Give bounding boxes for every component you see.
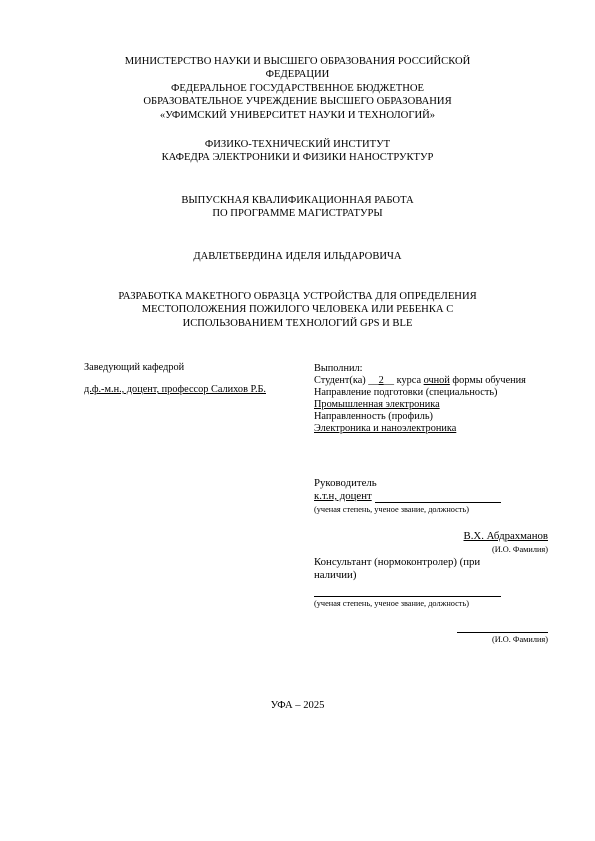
city-year: УФА – 2025 [0,699,595,712]
consultant-label-line2: наличии) [314,569,356,581]
head-of-department-name: д.ф.-м.н., доцент, профессор Салихов Р.Б… [84,384,266,396]
supervisor-degree-line [375,502,501,503]
direction-label: Направление подготовки (специальность) [314,387,497,399]
consultant-degree-line [314,596,501,597]
work-type-line: ВЫПУСКНАЯ КВАЛИФИКАЦИОННАЯ РАБОТА [0,194,595,207]
consultant-name-line [457,632,548,633]
institute-line: ФИЗИКО-ТЕХНИЧЕСКИЙ ИНСТИТУТ [0,138,595,151]
head-of-department-label: Заведующий кафедрой [84,362,184,374]
performed-label: Выполнил: [314,363,362,375]
department-line: КАФЕДРА ЭЛЕКТРОНИКИ И ФИЗИКИ НАНОСТРУКТУ… [0,151,595,164]
header-line: ФЕДЕРАЛЬНОЕ ГОСУДАРСТВЕННОЕ БЮДЖЕТНОЕ [0,82,595,95]
thesis-title-line: ИСПОЛЬЗОВАНИЕМ ТЕХНОЛОГИЙ GPS И BLE [0,317,595,330]
student-name-text: ДАВЛЕТБЕРДИНА ИДЕЛЯ ИЛЬДАРОВИЧА [0,250,595,263]
student-prefix: Студент(ка) [314,375,366,386]
header-line: «УФИМСКИЙ УНИВЕРСИТЕТ НАУКИ И ТЕХНОЛОГИЙ… [0,109,595,122]
consultant-degree-caption: (ученая степень, ученое звание, должност… [314,598,469,610]
header-line: МИНИСТЕРСТВО НАУКИ И ВЫСШЕГО ОБРАЗОВАНИЯ… [0,55,595,68]
supervisor-label: Руководитель [314,477,377,489]
work-type-line: ПО ПРОГРАММЕ МАГИСТРАТУРЫ [0,207,595,220]
header-line: ФЕДЕРАЦИИ [0,68,595,81]
supervisor-name-caption: (И.О. Фамилия) [492,544,548,556]
study-form-suffix: формы обучения [452,375,525,386]
supervisor-name: В.Х. Абдрахманов [464,530,548,542]
course-pad: __ [384,375,394,386]
ministry-header: МИНИСТЕРСТВО НАУКИ И ВЫСШЕГО ОБРАЗОВАНИЯ… [0,55,595,122]
direction-value: Промышленная электроника [314,399,440,411]
supervisor-degree-caption: (ученая степень, ученое звание, должност… [314,504,469,516]
consultant-label: Консультант (нормоконтролер) (при [314,556,480,568]
study-form: очной [424,375,450,386]
course-word: курса [397,375,421,386]
consultant-name-caption: (И.О. Фамилия) [492,634,548,646]
thesis-title: РАЗРАБОТКА МАКЕТНОГО ОБРАЗЦА УСТРОЙСТВА … [0,290,595,330]
student-course-line: Студент(ка) __2__ курса очной формы обуч… [314,375,526,387]
profile-label: Направленность (профиль) [314,411,433,423]
thesis-title-line: МЕСТОПОЛОЖЕНИЯ ПОЖИЛОГО ЧЕЛОВЕКА ИЛИ РЕБ… [0,303,595,316]
supervisor-degree: к.т.н, доцент [314,490,372,502]
student-name: ДАВЛЕТБЕРДИНА ИДЕЛЯ ИЛЬДАРОВИЧА [0,250,595,263]
institute-block: ФИЗИКО-ТЕХНИЧЕСКИЙ ИНСТИТУТ КАФЕДРА ЭЛЕК… [0,138,595,165]
thesis-title-line: РАЗРАБОТКА МАКЕТНОГО ОБРАЗЦА УСТРОЙСТВА … [0,290,595,303]
course-pad: __ [368,375,378,386]
profile-value: Электроника и наноэлектроника [314,423,456,435]
header-line: ОБРАЗОВАТЕЛЬНОЕ УЧРЕЖДЕНИЕ ВЫСШЕГО ОБРАЗ… [0,95,595,108]
city-year-text: УФА – 2025 [0,699,595,712]
work-type-block: ВЫПУСКНАЯ КВАЛИФИКАЦИОННАЯ РАБОТА ПО ПРО… [0,194,595,221]
